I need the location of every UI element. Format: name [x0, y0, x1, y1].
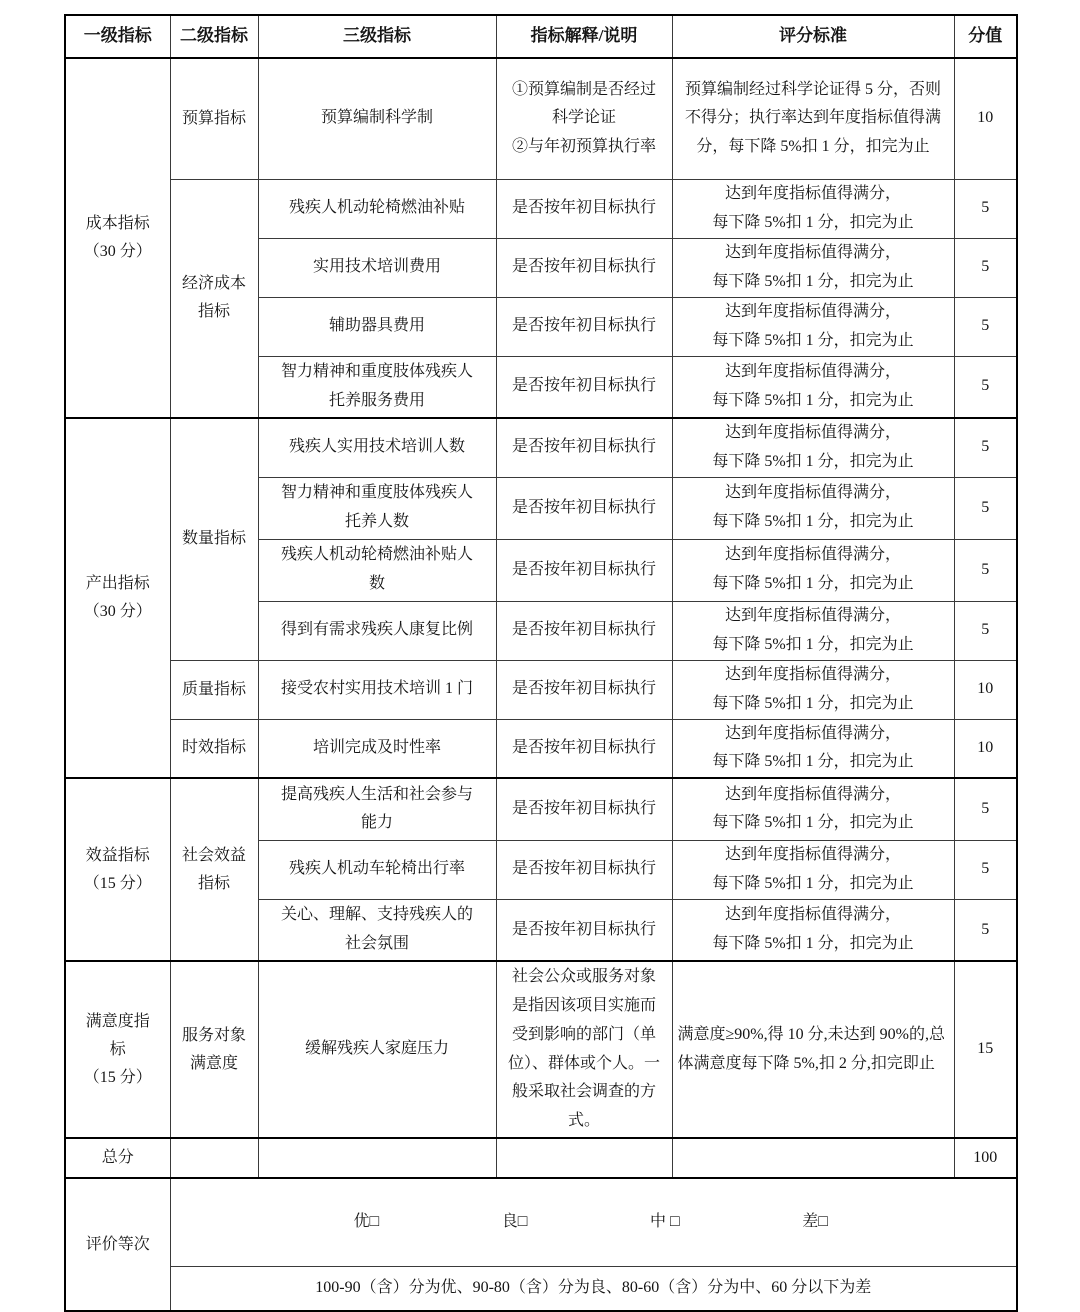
total-row: 总分 100	[65, 1138, 1017, 1178]
l1-cell-cost: 成本指标 （30 分）	[65, 58, 170, 418]
l3-cell-fuel-subsidy: 残疾人机动轮椅燃油补贴	[258, 179, 496, 238]
criteria-cell: 达到年度指标值得满分， 每下降 5%扣 1 分，扣完为止	[672, 297, 954, 356]
l2-cell-econ-cost: 经济成本指标	[170, 179, 258, 418]
l2-cell-budget: 预算指标	[170, 58, 258, 179]
grade-option-poor: 差□	[802, 1208, 828, 1237]
criteria-cell: 达到年度指标值得满分， 每下降 5%扣 1 分，扣完为止	[672, 418, 954, 477]
score-cell: 5	[954, 539, 1017, 601]
criteria-cell-budget: 预算编制经过科学论证得 5 分，否则不得分；执行率达到年度指标值得满分，每下降 …	[672, 58, 954, 179]
explain-cell: 是否按年初目标执行	[496, 297, 672, 356]
criteria-cell: 达到年度指标值得满分， 每下降 5%扣 1 分，扣完为止	[672, 840, 954, 899]
criteria-cell: 达到年度指标值得满分， 每下降 5%扣 1 分，扣完为止	[672, 778, 954, 840]
l3-cell-timeliness: 培训完成及时性率	[258, 719, 496, 778]
l3-cell-quality: 接受农村实用技术培训 1 门	[258, 660, 496, 719]
total-empty-cell	[258, 1138, 496, 1178]
header-cell-level2: 二级指标	[170, 15, 258, 58]
score-cell-satisfaction: 15	[954, 961, 1017, 1138]
grade-option-good: 良□	[502, 1208, 528, 1237]
total-empty-cell	[496, 1138, 672, 1178]
l3-cell-fuel-count: 残疾人机动轮椅燃油补贴人数	[258, 539, 496, 601]
score-cell-budget: 10	[954, 58, 1017, 179]
score-cell: 5	[954, 778, 1017, 840]
score-cell: 5	[954, 899, 1017, 961]
l3-cell-training-fee: 实用技术培训费用	[258, 238, 496, 297]
table-row: 经济成本指标 残疾人机动轮椅燃油补贴 是否按年初目标执行 达到年度指标值得满分，…	[65, 179, 1017, 238]
explain-cell: 是否按年初目标执行	[496, 477, 672, 539]
grade-description-row: 100-90（含）分为优、90-80（含）分为良、80-60（含）分为中、60 …	[65, 1266, 1017, 1311]
explain-cell: 是否按年初目标执行	[496, 238, 672, 297]
l3-cell-assistive-fee: 辅助器具费用	[258, 297, 496, 356]
total-score-cell: 100	[954, 1138, 1017, 1178]
l3-cell-budget: 预算编制科学制	[258, 58, 496, 179]
header-cell-explain: 指标解释/说明	[496, 15, 672, 58]
criteria-cell: 达到年度指标值得满分， 每下降 5%扣 1 分，扣完为止	[672, 899, 954, 961]
explain-cell-satisfaction: 社会公众或服务对象是指因该项目实施而受到影响的部门（单位）、群体或个人。一般采取…	[496, 961, 672, 1138]
table-row: 成本指标 （30 分） 预算指标 预算编制科学制 ①预算编制是否经过科学论证 ②…	[65, 58, 1017, 179]
l2-cell-timeliness: 时效指标	[170, 719, 258, 778]
criteria-cell: 达到年度指标值得满分， 每下降 5%扣 1 分，扣完为止	[672, 356, 954, 418]
criteria-cell: 达到年度指标值得满分， 每下降 5%扣 1 分，扣完为止	[672, 601, 954, 660]
criteria-cell: 达到年度指标值得满分， 每下降 5%扣 1 分，扣完为止	[672, 719, 954, 778]
explain-cell: 是否按年初目标执行	[496, 778, 672, 840]
header-cell-level3: 三级指标	[258, 15, 496, 58]
l2-cell-social-benefit: 社会效益指标	[170, 778, 258, 961]
l1-cell-benefit: 效益指标 （15 分）	[65, 778, 170, 961]
explain-cell: 是否按年初目标执行	[496, 418, 672, 477]
score-cell: 10	[954, 719, 1017, 778]
score-cell: 5	[954, 179, 1017, 238]
l3-cell-rehab-ratio: 得到有需求残疾人康复比例	[258, 601, 496, 660]
l3-cell-training-count: 残疾人实用技术培训人数	[258, 418, 496, 477]
l1-cell-output: 产出指标 （30 分）	[65, 418, 170, 778]
explain-cell: 是否按年初目标执行	[496, 719, 672, 778]
score-cell: 5	[954, 840, 1017, 899]
total-empty-cell	[672, 1138, 954, 1178]
criteria-cell-satisfaction: 满意度≥90%,得 10 分,未达到 90%的,总体满意度每下降 5%,扣 2 …	[672, 961, 954, 1138]
evaluation-indicator-table: 一级指标 二级指标 三级指标 指标解释/说明 评分标准 分值 成本指标 （30 …	[64, 14, 1018, 1312]
table-row: 满意度指标 （15 分） 服务对象满意度 缓解残疾人家庭压力 社会公众或服务对象…	[65, 961, 1017, 1138]
criteria-cell: 达到年度指标值得满分， 每下降 5%扣 1 分，扣完为止	[672, 179, 954, 238]
table-row: 质量指标 接受农村实用技术培训 1 门 是否按年初目标执行 达到年度指标值得满分…	[65, 660, 1017, 719]
criteria-cell: 达到年度指标值得满分， 每下降 5%扣 1 分，扣完为止	[672, 539, 954, 601]
header-cell-score: 分值	[954, 15, 1017, 58]
explain-cell: 是否按年初目标执行	[496, 899, 672, 961]
explain-cell: 是否按年初目标执行	[496, 660, 672, 719]
score-cell: 5	[954, 477, 1017, 539]
grade-option-medium: 中 □	[650, 1208, 680, 1237]
grade-option-excellent: 优□	[354, 1208, 380, 1237]
l2-cell-quantity: 数量指标	[170, 418, 258, 660]
criteria-cell: 达到年度指标值得满分， 每下降 5%扣 1 分，扣完为止	[672, 238, 954, 297]
explain-cell: 是否按年初目标执行	[496, 179, 672, 238]
explain-cell: 是否按年初目标执行	[496, 539, 672, 601]
score-cell: 10	[954, 660, 1017, 719]
table-header-row: 一级指标 二级指标 三级指标 指标解释/说明 评分标准 分值	[65, 15, 1017, 58]
total-label-cell: 总分	[65, 1138, 170, 1178]
l3-cell-travel-rate: 残疾人机动车轮椅出行率	[258, 840, 496, 899]
l1-cell-satisfaction: 满意度指标 （15 分）	[65, 961, 170, 1138]
header-cell-criteria: 评分标准	[672, 15, 954, 58]
total-empty-cell	[170, 1138, 258, 1178]
l3-cell-care-fee: 智力精神和重度肢体残疾人托养服务费用	[258, 356, 496, 418]
criteria-cell: 达到年度指标值得满分， 每下降 5%扣 1 分，扣完为止	[672, 477, 954, 539]
l3-cell-participation: 提高残疾人生活和社会参与能力	[258, 778, 496, 840]
grade-options-cell: 优□ 良□ 中 □ 差□	[170, 1178, 1017, 1266]
grade-options-row: 评价等次 优□ 良□ 中 □ 差□	[65, 1178, 1017, 1266]
l2-cell-quality: 质量指标	[170, 660, 258, 719]
score-cell: 5	[954, 601, 1017, 660]
score-cell: 5	[954, 356, 1017, 418]
score-cell: 5	[954, 238, 1017, 297]
grade-description-cell: 100-90（含）分为优、90-80（含）分为良、80-60（含）分为中、60 …	[170, 1266, 1017, 1311]
l2-cell-satisfaction: 服务对象满意度	[170, 961, 258, 1138]
l3-cell-satisfaction: 缓解残疾人家庭压力	[258, 961, 496, 1138]
header-cell-level1: 一级指标	[65, 15, 170, 58]
l3-cell-care-count: 智力精神和重度肢体残疾人托养人数	[258, 477, 496, 539]
table-row: 产出指标 （30 分） 数量指标 残疾人实用技术培训人数 是否按年初目标执行 达…	[65, 418, 1017, 477]
criteria-cell: 达到年度指标值得满分， 每下降 5%扣 1 分，扣完为止	[672, 660, 954, 719]
explain-cell: 是否按年初目标执行	[496, 356, 672, 418]
table-row: 效益指标 （15 分） 社会效益指标 提高残疾人生活和社会参与能力 是否按年初目…	[65, 778, 1017, 840]
score-cell: 5	[954, 418, 1017, 477]
score-cell: 5	[954, 297, 1017, 356]
explain-cell: 是否按年初目标执行	[496, 601, 672, 660]
table-row: 时效指标 培训完成及时性率 是否按年初目标执行 达到年度指标值得满分， 每下降 …	[65, 719, 1017, 778]
explain-cell: 是否按年初目标执行	[496, 840, 672, 899]
grade-label-cell: 评价等次	[65, 1178, 170, 1311]
l3-cell-atmosphere: 关心、理解、支持残疾人的社会氛围	[258, 899, 496, 961]
explain-cell-budget: ①预算编制是否经过科学论证 ②与年初预算执行率	[496, 58, 672, 179]
